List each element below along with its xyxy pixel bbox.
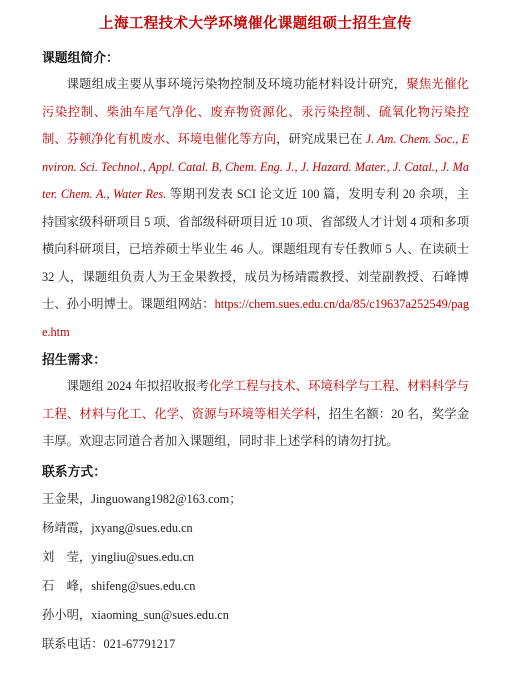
intro-paragraph: 课题组成主要从事环境污染物控制及环境功能材料设计研究，聚焦光催化污染控制、柴油车… bbox=[42, 71, 469, 346]
contact-row: 孙小明，xiaoming_sun@sues.edu.cn bbox=[42, 601, 469, 630]
contact-name: 王金果， bbox=[42, 492, 91, 506]
phone-label: 联系电话： bbox=[42, 637, 104, 651]
section-contacts: 联系方式： 王金果，Jinguowang1982@163.com； 杨靖霞，jx… bbox=[42, 458, 469, 659]
section-heading-intro: 课题组简介： bbox=[42, 44, 469, 71]
phone-number: 021-67791217 bbox=[104, 637, 176, 651]
contact-email: shifeng@sues.edu.cn bbox=[91, 579, 195, 593]
intro-text-lead: 课题组成主要从事环境污染物控制及环境功能材料设计研究， bbox=[67, 77, 407, 91]
section-heading-contact: 联系方式： bbox=[42, 458, 469, 485]
intro-text-achievements: 等期刊发表 SCI 论文近 100 篇，发明专利 20 余项，主持国家级科研项目… bbox=[42, 187, 469, 311]
contact-name: 刘 莹， bbox=[42, 550, 91, 564]
recruitment-text-lead: 课题组 2024 年拟招收报考 bbox=[67, 379, 209, 393]
section-recruitment: 招生需求： 课题组 2024 年拟招收报考化学工程与技术、环境科学与工程、材料科… bbox=[42, 346, 469, 456]
document-page: 上海工程技术大学环境催化课题组硕士招生宣传 课题组简介： 课题组成主要从事环境污… bbox=[0, 0, 510, 680]
contact-name: 孙小明， bbox=[42, 608, 91, 622]
contact-email: yingliu@sues.edu.cn bbox=[91, 550, 194, 564]
contact-row: 石 峰，shifeng@sues.edu.cn bbox=[42, 572, 469, 601]
contact-row: 王金果，Jinguowang1982@163.com； bbox=[42, 485, 469, 514]
contact-row: 杨靖霞，jxyang@sues.edu.cn bbox=[42, 514, 469, 543]
recruitment-paragraph: 课题组 2024 年拟招收报考化学工程与技术、环境科学与工程、材料科学与工程、材… bbox=[42, 373, 469, 456]
contact-name: 杨靖霞， bbox=[42, 521, 91, 535]
section-intro: 课题组简介： 课题组成主要从事环境污染物控制及环境功能材料设计研究，聚焦光催化污… bbox=[42, 44, 469, 346]
section-heading-recruitment: 招生需求： bbox=[42, 346, 469, 373]
contact-name: 石 峰， bbox=[42, 579, 91, 593]
contact-email: xiaoming_sun@sues.edu.cn bbox=[91, 608, 229, 622]
intro-text-middle: ，研究成果已在 bbox=[276, 132, 365, 146]
contact-email: jxyang@sues.edu.cn bbox=[91, 521, 192, 535]
contact-row: 刘 莹，yingliu@sues.edu.cn bbox=[42, 543, 469, 572]
document-title: 上海工程技术大学环境催化课题组硕士招生宣传 bbox=[42, 14, 469, 34]
contact-email: Jinguowang1982@163.com； bbox=[91, 492, 241, 506]
phone-row: 联系电话：021-67791217 bbox=[42, 630, 469, 659]
